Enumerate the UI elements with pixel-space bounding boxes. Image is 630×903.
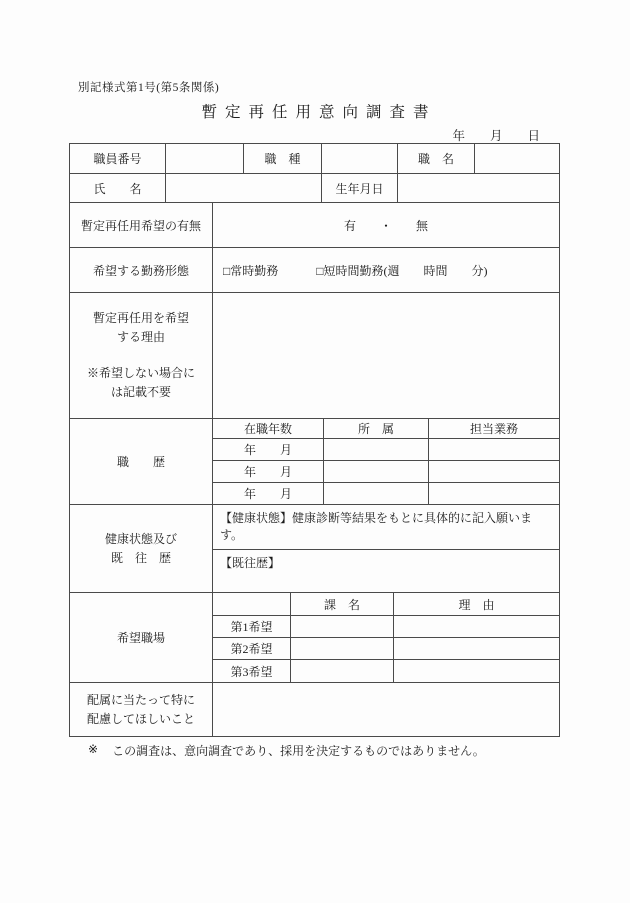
workplace-col-rank bbox=[213, 593, 291, 615]
career-duty-field[interactable] bbox=[429, 483, 559, 504]
fulltime-checkbox-option[interactable]: □常時勤務 bbox=[223, 262, 278, 279]
job-title-field[interactable] bbox=[475, 144, 559, 173]
row-staff-info: 職員番号 職 種 職 名 bbox=[70, 144, 559, 174]
name-field[interactable] bbox=[166, 174, 322, 202]
assignment-field[interactable] bbox=[213, 683, 559, 736]
birth-date-field[interactable] bbox=[398, 174, 559, 202]
row-work-style: 希望する勤務形態 □常時勤務 □短時間勤務(週 時間 分) bbox=[70, 248, 559, 293]
assignment-label-line2: 配慮してほしいこと bbox=[87, 710, 195, 729]
workplace-row-1: 第1希望 bbox=[213, 616, 559, 638]
reason-label-line1: 暫定再任用を希望 bbox=[93, 309, 189, 328]
workplace-course-field[interactable] bbox=[291, 660, 394, 682]
health-condition-field[interactable]: 【健康状態】健康診断等結果をもとに具体的に記入願います。 bbox=[213, 505, 559, 549]
row-name-birth: 氏 名 生年月日 bbox=[70, 174, 559, 203]
form-code: 別記様式第1号(第5条関係) bbox=[78, 79, 219, 95]
row-career: 職 歴 在職年数 所 属 担当業務 年 月 年 月 bbox=[70, 419, 559, 505]
health-label: 健康状態及び 既 往 歴 bbox=[70, 505, 213, 592]
row-workplace: 希望職場 課 名 理 由 第1希望 第2希望 第3 bbox=[70, 593, 559, 683]
workplace-rank-label: 第3希望 bbox=[213, 660, 291, 682]
career-header-row: 在職年数 所 属 担当業務 bbox=[213, 419, 559, 439]
assignment-label: 配属に当たって特に 配慮してほしいこと bbox=[70, 683, 213, 736]
medical-history-row: 【既往歴】 bbox=[213, 550, 559, 592]
job-title-label: 職 名 bbox=[398, 144, 475, 173]
career-years-field[interactable]: 年 月 bbox=[213, 483, 324, 504]
reason-label-line2: する理由 bbox=[117, 328, 165, 347]
health-condition-heading: 【健康状態】健康診断等結果をもとに具体的に記入願います。 bbox=[220, 509, 552, 543]
date-line: 年 月 日 bbox=[452, 126, 540, 144]
reason-note-line2: は記載不要 bbox=[111, 383, 171, 402]
career-col-years: 在職年数 bbox=[213, 419, 324, 438]
survey-form-table: 職員番号 職 種 職 名 氏 名 生年月日 暫定再任用希望の有無 有 ・ 無 希… bbox=[69, 143, 560, 737]
workplace-course-field[interactable] bbox=[291, 616, 394, 637]
health-subtable: 【健康状態】健康診断等結果をもとに具体的に記入願います。 【既往歴】 bbox=[213, 505, 559, 592]
career-years-field[interactable]: 年 月 bbox=[213, 439, 324, 460]
row-reappointment-wish: 暫定再任用希望の有無 有 ・ 無 bbox=[70, 203, 559, 248]
workplace-rank-label: 第1希望 bbox=[213, 616, 291, 637]
footer-note-text: この調査は、意向調査であり、採用を決定するものではありません。 bbox=[112, 742, 485, 759]
row-assignment: 配属に当たって特に 配慮してほしいこと bbox=[70, 683, 559, 736]
workplace-reason-field[interactable] bbox=[394, 638, 559, 659]
name-label: 氏 名 bbox=[70, 174, 166, 202]
workplace-col-course: 課 名 bbox=[291, 593, 394, 615]
staff-no-label: 職員番号 bbox=[70, 144, 166, 173]
job-type-field[interactable] bbox=[322, 144, 398, 173]
career-col-duty: 担当業務 bbox=[429, 419, 559, 438]
career-col-dept: 所 属 bbox=[324, 419, 429, 438]
footer-note-mark: ※ bbox=[88, 742, 98, 759]
footer-note: ※ この調査は、意向調査であり、採用を決定するものではありません。 bbox=[88, 742, 485, 759]
shorttime-checkbox-option[interactable]: □短時間勤務(週 時間 分) bbox=[316, 262, 487, 279]
career-dept-field[interactable] bbox=[324, 483, 429, 504]
workplace-reason-field[interactable] bbox=[394, 660, 559, 682]
staff-no-field[interactable] bbox=[166, 144, 244, 173]
health-label-line2: 既 往 歴 bbox=[111, 549, 171, 568]
reason-field[interactable] bbox=[213, 293, 559, 418]
career-row-3: 年 月 bbox=[213, 483, 559, 504]
career-dept-field[interactable] bbox=[324, 461, 429, 482]
workplace-subtable: 課 名 理 由 第1希望 第2希望 第3希望 bbox=[213, 593, 559, 682]
career-subtable: 在職年数 所 属 担当業務 年 月 年 月 年 月 bbox=[213, 419, 559, 504]
workplace-row-3: 第3希望 bbox=[213, 660, 559, 682]
career-row-2: 年 月 bbox=[213, 461, 559, 483]
workplace-row-2: 第2希望 bbox=[213, 638, 559, 660]
reason-note-line1: ※希望しない場合に bbox=[87, 364, 195, 383]
reason-label: 暫定再任用を希望 する理由 ※希望しない場合に は記載不要 bbox=[70, 293, 213, 418]
reappointment-wish-label: 暫定再任用希望の有無 bbox=[70, 203, 213, 247]
career-duty-field[interactable] bbox=[429, 461, 559, 482]
medical-history-field[interactable]: 【既往歴】 bbox=[213, 550, 559, 592]
page-title: 暫定再任用意向調査書 bbox=[0, 100, 630, 122]
career-years-field[interactable]: 年 月 bbox=[213, 461, 324, 482]
survey-form-page: 別記様式第1号(第5条関係) 暫定再任用意向調査書 年 月 日 職員番号 職 種… bbox=[0, 0, 630, 903]
work-style-options: □常時勤務 □短時間勤務(週 時間 分) bbox=[213, 248, 559, 292]
workplace-col-reason: 理 由 bbox=[394, 593, 559, 615]
workplace-rank-label: 第2希望 bbox=[213, 638, 291, 659]
health-label-line1: 健康状態及び bbox=[105, 530, 177, 549]
health-condition-row: 【健康状態】健康診断等結果をもとに具体的に記入願います。 bbox=[213, 505, 559, 550]
workplace-label: 希望職場 bbox=[70, 593, 213, 682]
workplace-course-field[interactable] bbox=[291, 638, 394, 659]
career-label: 職 歴 bbox=[70, 419, 213, 504]
reappointment-wish-options[interactable]: 有 ・ 無 bbox=[213, 203, 559, 247]
workplace-header-row: 課 名 理 由 bbox=[213, 593, 559, 616]
birth-date-label: 生年月日 bbox=[322, 174, 398, 202]
assignment-label-line1: 配属に当たって特に bbox=[87, 691, 195, 710]
career-dept-field[interactable] bbox=[324, 439, 429, 460]
workplace-reason-field[interactable] bbox=[394, 616, 559, 637]
row-health: 健康状態及び 既 往 歴 【健康状態】健康診断等結果をもとに具体的に記入願います… bbox=[70, 505, 559, 593]
medical-history-heading: 【既往歴】 bbox=[220, 554, 280, 571]
job-type-label: 職 種 bbox=[244, 144, 322, 173]
career-row-1: 年 月 bbox=[213, 439, 559, 461]
work-style-label: 希望する勤務形態 bbox=[70, 248, 213, 292]
row-reason: 暫定再任用を希望 する理由 ※希望しない場合に は記載不要 bbox=[70, 293, 559, 419]
career-duty-field[interactable] bbox=[429, 439, 559, 460]
